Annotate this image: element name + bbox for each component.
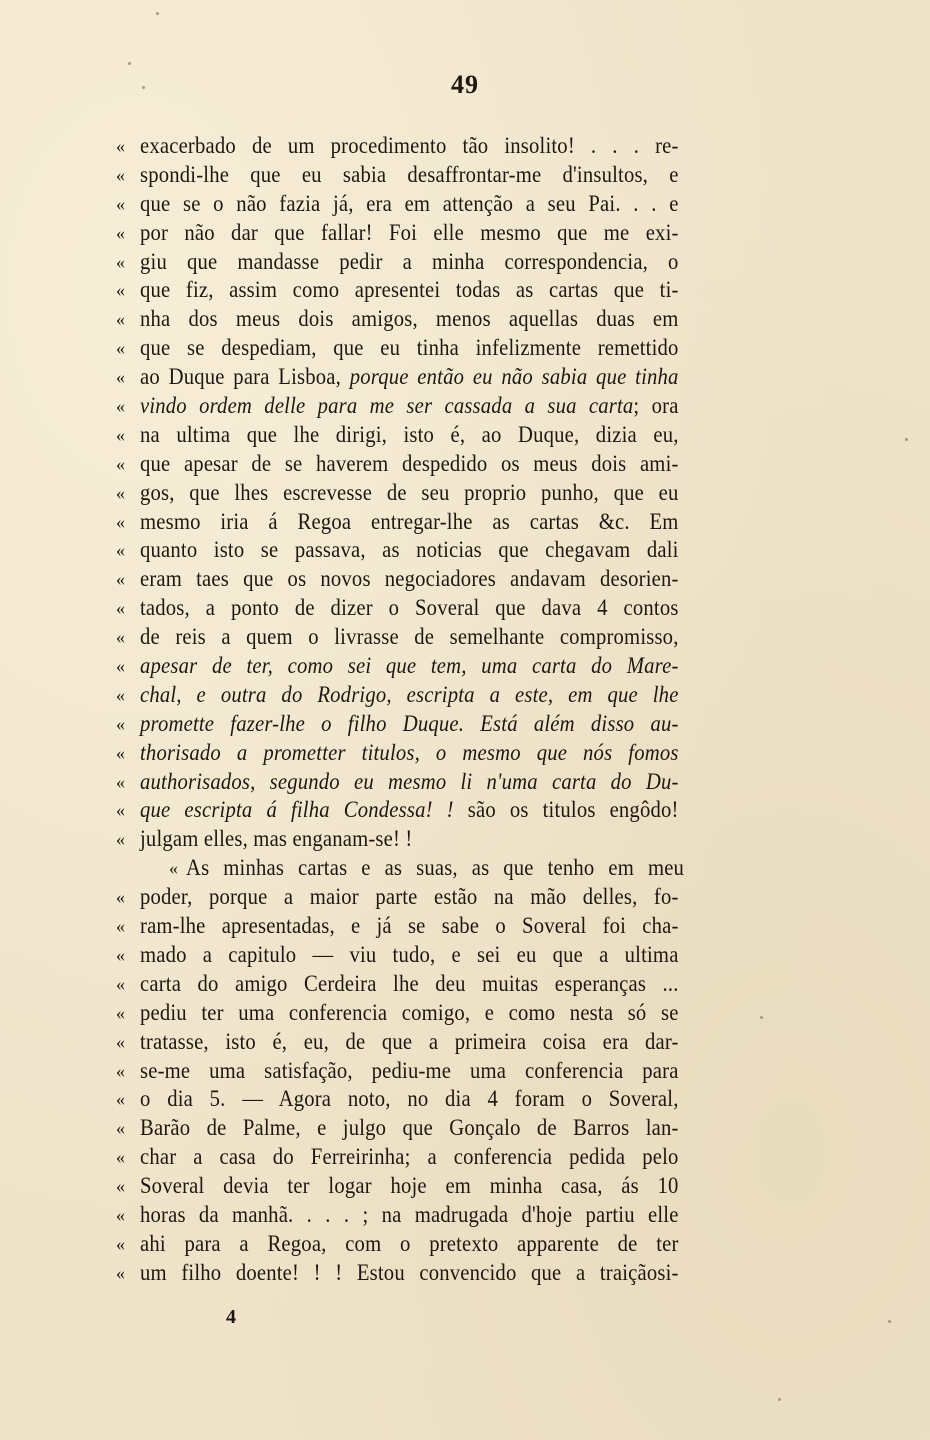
quote-mark: « [116, 363, 140, 392]
text-segment: um filho doente! ! ! Estou convencido qu… [140, 1260, 679, 1286]
text-segment: eram taes que os novos negociadores anda… [140, 566, 679, 592]
line-text: um filho doente! ! ! Estou convencido qu… [140, 1259, 679, 1288]
quote-mark: « [116, 565, 140, 594]
italic-segment: authorisados, segundo eu mesmo li n'uma … [140, 769, 679, 795]
quote-mark: « [116, 970, 140, 999]
quote-mark: « [116, 450, 140, 479]
text-segment: spondi-lhe que eu sabia desaffrontar-me … [140, 162, 679, 188]
text-segment: são os titulos engôdo! [468, 797, 679, 823]
text-line: «mesmo iria á Regoa entregar-lhe as cart… [116, 508, 752, 537]
text-segment: As minhas cartas e as suas, as que tenho… [186, 855, 684, 881]
line-text: de reis a quem o livrasse de semelhante … [140, 623, 679, 652]
text-line: «thorisado a prometter titulos, o mesmo … [116, 739, 752, 768]
line-text: spondi-lhe que eu sabia desaffrontar-me … [140, 161, 679, 190]
quote-mark: « [116, 681, 140, 710]
line-text: char a casa do Ferreirinha; a conferenci… [140, 1143, 679, 1172]
text-segment: julgam elles, mas enganam-se! ! [140, 826, 412, 852]
line-text: o dia 5. — Agora noto, no dia 4 foram o … [140, 1085, 679, 1114]
quote-mark: « [116, 334, 140, 363]
text-line: «na ultima que lhe dirigi, isto é, ao Du… [116, 421, 752, 450]
text-line: «de reis a quem o livrasse de semelhante… [116, 623, 752, 652]
quote-mark: « [116, 508, 140, 537]
text-segment: de reis a quem o livrasse de semelhante … [140, 624, 679, 650]
italic-segment: promette fazer-lhe o filho Duque. Está a… [140, 711, 679, 737]
text-line: «horas da manhã. . . . ; na madrugada d'… [116, 1201, 752, 1230]
quote-mark: « [116, 710, 140, 739]
quote-mark: « [116, 912, 140, 941]
quote-mark: « [116, 1259, 140, 1288]
text-segment: por não dar que fallar! Foi elle mesmo q… [140, 220, 679, 246]
text-line: «nha dos meus dois amigos, menos aquella… [116, 305, 752, 334]
italic-segment: thorisado a prometter titulos, o mesmo q… [140, 740, 679, 766]
text-segment: o dia 5. — Agora noto, no dia 4 foram o … [140, 1086, 679, 1112]
line-text: eram taes que os novos negociadores anda… [140, 565, 679, 594]
line-text: pediu ter uma conferencia comigo, e como… [140, 999, 679, 1028]
quote-mark: « [116, 941, 140, 970]
text-line: «spondi-lhe que eu sabia desaffrontar-me… [116, 161, 752, 190]
line-text: que apesar de se haverem despedido os me… [140, 450, 679, 479]
paper-speck [128, 62, 131, 65]
text-line: «vindo ordem delle para me ser cassada a… [116, 392, 752, 421]
paper-speck [888, 1320, 891, 1323]
quote-mark: « [116, 276, 140, 305]
line-text: que se despediam, que eu tinha infelizme… [140, 334, 679, 363]
paper-speck [142, 86, 145, 89]
text-line: «exacerbado de um procedimento tão insol… [116, 132, 752, 161]
text-line: «chal, e outra do Rodrigo, escripta a es… [116, 681, 752, 710]
quote-mark: « [116, 854, 186, 883]
text-segment: tados, a ponto de dizer o Soveral que da… [140, 595, 679, 621]
text-segment: giu que mandasse pedir a minha correspon… [140, 249, 679, 275]
line-text: por não dar que fallar! Foi elle mesmo q… [140, 219, 679, 248]
text-segment: Soveral devia ter logar hoje em minha ca… [140, 1173, 679, 1199]
text-line: «o dia 5. — Agora noto, no dia 4 foram o… [116, 1085, 752, 1114]
text-segment: ram-lhe apresentadas, e já se sabe o Sov… [140, 913, 679, 939]
quote-mark: « [116, 739, 140, 768]
line-text: exacerbado de um procedimento tão insoli… [140, 132, 679, 161]
quote-mark: « [116, 768, 140, 797]
text-segment: tratasse, isto é, eu, de que a primeira … [140, 1029, 679, 1055]
text-line: «gos, que lhes escrevesse de seu proprio… [116, 479, 752, 508]
quote-mark: « [116, 536, 140, 565]
quote-mark: « [116, 132, 140, 161]
quote-mark: « [116, 796, 140, 825]
text-line: «eram taes que os novos negociadores and… [116, 565, 752, 594]
line-text: ahi para a Regoa, com o pretexto apparen… [140, 1230, 679, 1259]
text-line: «que se o não fazia já, era em attenção … [116, 190, 752, 219]
text-line: «poder, porque a maior parte estão na mã… [116, 883, 752, 912]
line-text: chal, e outra do Rodrigo, escripta a est… [140, 681, 679, 710]
quote-mark: « [116, 825, 140, 854]
body-text: «exacerbado de um procedimento tão insol… [116, 132, 752, 1288]
text-segment: que fiz, assim como apresentei todas as … [140, 277, 679, 303]
text-line: «ram-lhe apresentadas, e já se sabe o So… [116, 912, 752, 941]
text-line: «mado a capitulo — viu tudo, e sei eu qu… [116, 941, 752, 970]
line-text: se-me uma satisfação, pediu-me uma confe… [140, 1057, 679, 1086]
quote-mark: « [116, 161, 140, 190]
text-segment: ahi para a Regoa, com o pretexto apparen… [140, 1231, 679, 1257]
quote-mark: « [116, 1230, 140, 1259]
quote-mark: « [116, 1085, 140, 1114]
text-segment: carta do amigo Cerdeira lhe deu muitas e… [140, 971, 679, 997]
quote-mark: « [116, 594, 140, 623]
text-line: «giu que mandasse pedir a minha correspo… [116, 248, 752, 277]
line-text: vindo ordem delle para me ser cassada a … [140, 392, 679, 421]
text-line: «ao Duque para Lisboa, porque então eu n… [116, 363, 752, 392]
line-text: mado a capitulo — viu tudo, e sei eu que… [140, 941, 679, 970]
text-line: «que se despediam, que eu tinha infelizm… [116, 334, 752, 363]
quote-mark: « [116, 479, 140, 508]
quote-mark: « [116, 1057, 140, 1086]
text-line: «que apesar de se haverem despedido os m… [116, 450, 752, 479]
line-text: thorisado a prometter titulos, o mesmo q… [140, 739, 679, 768]
text-segment: horas da manhã. . . . ; na madrugada d'h… [140, 1202, 679, 1228]
quote-mark: « [116, 190, 140, 219]
text-line: «Barão de Palme, e julgo que Gonçalo de … [116, 1114, 752, 1143]
line-text: que escripta á filha Condessa! ! são os … [140, 796, 679, 825]
line-text: gos, que lhes escrevesse de seu proprio … [140, 479, 679, 508]
text-line: «promette fazer-lhe o filho Duque. Está … [116, 710, 752, 739]
text-segment: mado a capitulo — viu tudo, e sei eu que… [140, 942, 679, 968]
paper-speck [905, 438, 908, 441]
text-segment: quanto isto se passava, as noticias que … [140, 537, 679, 563]
italic-segment: vindo ordem delle para me ser cassada a … [140, 393, 633, 419]
line-text: quanto isto se passava, as noticias que … [140, 536, 679, 565]
italic-segment: porque então eu não sabia que tinha [350, 364, 679, 390]
quote-mark: « [116, 248, 140, 277]
quote-mark: « [116, 421, 140, 450]
italic-segment: que escripta á filha Condessa! ! [140, 797, 468, 823]
line-text: julgam elles, mas enganam-se! ! [140, 825, 679, 854]
line-text: apesar de ter, como sei que tem, uma car… [140, 652, 679, 681]
text-segment: pediu ter uma conferencia comigo, e como… [140, 1000, 679, 1026]
signature-mark: 4 [226, 1306, 236, 1329]
text-line: «um filho doente! ! ! Estou convencido q… [116, 1259, 752, 1288]
text-segment: gos, que lhes escrevesse de seu proprio … [140, 480, 679, 506]
line-text: que se o não fazia já, era em attenção a… [140, 190, 679, 219]
line-text: tados, a ponto de dizer o Soveral que da… [140, 594, 679, 623]
line-text: authorisados, segundo eu mesmo li n'uma … [140, 768, 679, 797]
quote-mark: « [116, 1143, 140, 1172]
text-segment: na ultima que lhe dirigi, isto é, ao Duq… [140, 422, 679, 448]
text-line: «tratasse, isto é, eu, de que a primeira… [116, 1028, 752, 1057]
text-line: «que fiz, assim como apresentei todas as… [116, 276, 752, 305]
text-line: «apesar de ter, como sei que tem, uma ca… [116, 652, 752, 681]
quote-mark: « [116, 305, 140, 334]
page-number: 49 [0, 70, 930, 100]
text-line: «tados, a ponto de dizer o Soveral que d… [116, 594, 752, 623]
text-segment: mesmo iria á Regoa entregar-lhe as carta… [140, 509, 679, 535]
text-line: «Soveral devia ter logar hoje em minha c… [116, 1172, 752, 1201]
text-segment: ao Duque para Lisboa, [140, 364, 350, 390]
line-text: Soveral devia ter logar hoje em minha ca… [140, 1172, 679, 1201]
line-text: nha dos meus dois amigos, menos aquellas… [140, 305, 679, 334]
line-text: Barão de Palme, e julgo que Gonçalo de B… [140, 1114, 679, 1143]
text-line: «authorisados, segundo eu mesmo li n'uma… [116, 768, 752, 797]
quote-mark: « [116, 1201, 140, 1230]
quote-mark: « [116, 392, 140, 421]
text-line: «julgam elles, mas enganam-se! ! [116, 825, 752, 854]
quote-mark: « [116, 623, 140, 652]
quote-mark: « [116, 883, 140, 912]
line-text: ao Duque para Lisboa, porque então eu nã… [140, 363, 679, 392]
line-text: promette fazer-lhe o filho Duque. Está a… [140, 710, 679, 739]
paper-speck [760, 1016, 763, 1019]
text-segment: se-me uma satisfação, pediu-me uma confe… [140, 1058, 679, 1084]
line-text: mesmo iria á Regoa entregar-lhe as carta… [140, 508, 679, 537]
line-text: que fiz, assim como apresentei todas as … [140, 276, 679, 305]
line-text: ram-lhe apresentadas, e já se sabe o Sov… [140, 912, 679, 941]
text-line: «As minhas cartas e as suas, as que tenh… [116, 854, 752, 883]
quote-mark: « [116, 652, 140, 681]
line-text: poder, porque a maior parte estão na mão… [140, 883, 679, 912]
line-text: As minhas cartas e as suas, as que tenho… [186, 854, 684, 883]
italic-segment: chal, e outra do Rodrigo, escripta a est… [140, 682, 679, 708]
text-segment: nha dos meus dois amigos, menos aquellas… [140, 306, 679, 332]
text-line: «quanto isto se passava, as noticias que… [116, 536, 752, 565]
line-text: tratasse, isto é, eu, de que a primeira … [140, 1028, 679, 1057]
quote-mark: « [116, 1028, 140, 1057]
quote-mark: « [116, 219, 140, 248]
text-line: «pediu ter uma conferencia comigo, e com… [116, 999, 752, 1028]
text-line: «ahi para a Regoa, com o pretexto appare… [116, 1230, 752, 1259]
text-line: «por não dar que fallar! Foi elle mesmo … [116, 219, 752, 248]
paper-speck [778, 1398, 781, 1401]
text-line: «carta do amigo Cerdeira lhe deu muitas … [116, 970, 752, 999]
line-text: giu que mandasse pedir a minha correspon… [140, 248, 679, 277]
italic-segment: apesar de ter, como sei que tem, uma car… [140, 653, 679, 679]
text-segment: Barão de Palme, e julgo que Gonçalo de B… [140, 1115, 679, 1141]
line-text: na ultima que lhe dirigi, isto é, ao Duq… [140, 421, 679, 450]
line-text: horas da manhã. . . . ; na madrugada d'h… [140, 1201, 679, 1230]
text-segment: que apesar de se haverem despedido os me… [140, 451, 679, 477]
paper-speck [156, 12, 159, 15]
text-segment: ; ora [633, 393, 678, 419]
text-segment: exacerbado de um procedimento tão insoli… [140, 133, 679, 159]
text-line: «char a casa do Ferreirinha; a conferenc… [116, 1143, 752, 1172]
text-line: «que escripta á filha Condessa! ! são os… [116, 796, 752, 825]
line-text: carta do amigo Cerdeira lhe deu muitas e… [140, 970, 679, 999]
quote-mark: « [116, 999, 140, 1028]
text-segment: que se o não fazia já, era em attenção a… [140, 191, 679, 217]
quote-mark: « [116, 1172, 140, 1201]
text-segment: que se despediam, que eu tinha infelizme… [140, 335, 679, 361]
quote-mark: « [116, 1114, 140, 1143]
text-segment: char a casa do Ferreirinha; a conferenci… [140, 1144, 679, 1170]
text-line: «se-me uma satisfação, pediu-me uma conf… [116, 1057, 752, 1086]
text-segment: poder, porque a maior parte estão na mão… [140, 884, 679, 910]
